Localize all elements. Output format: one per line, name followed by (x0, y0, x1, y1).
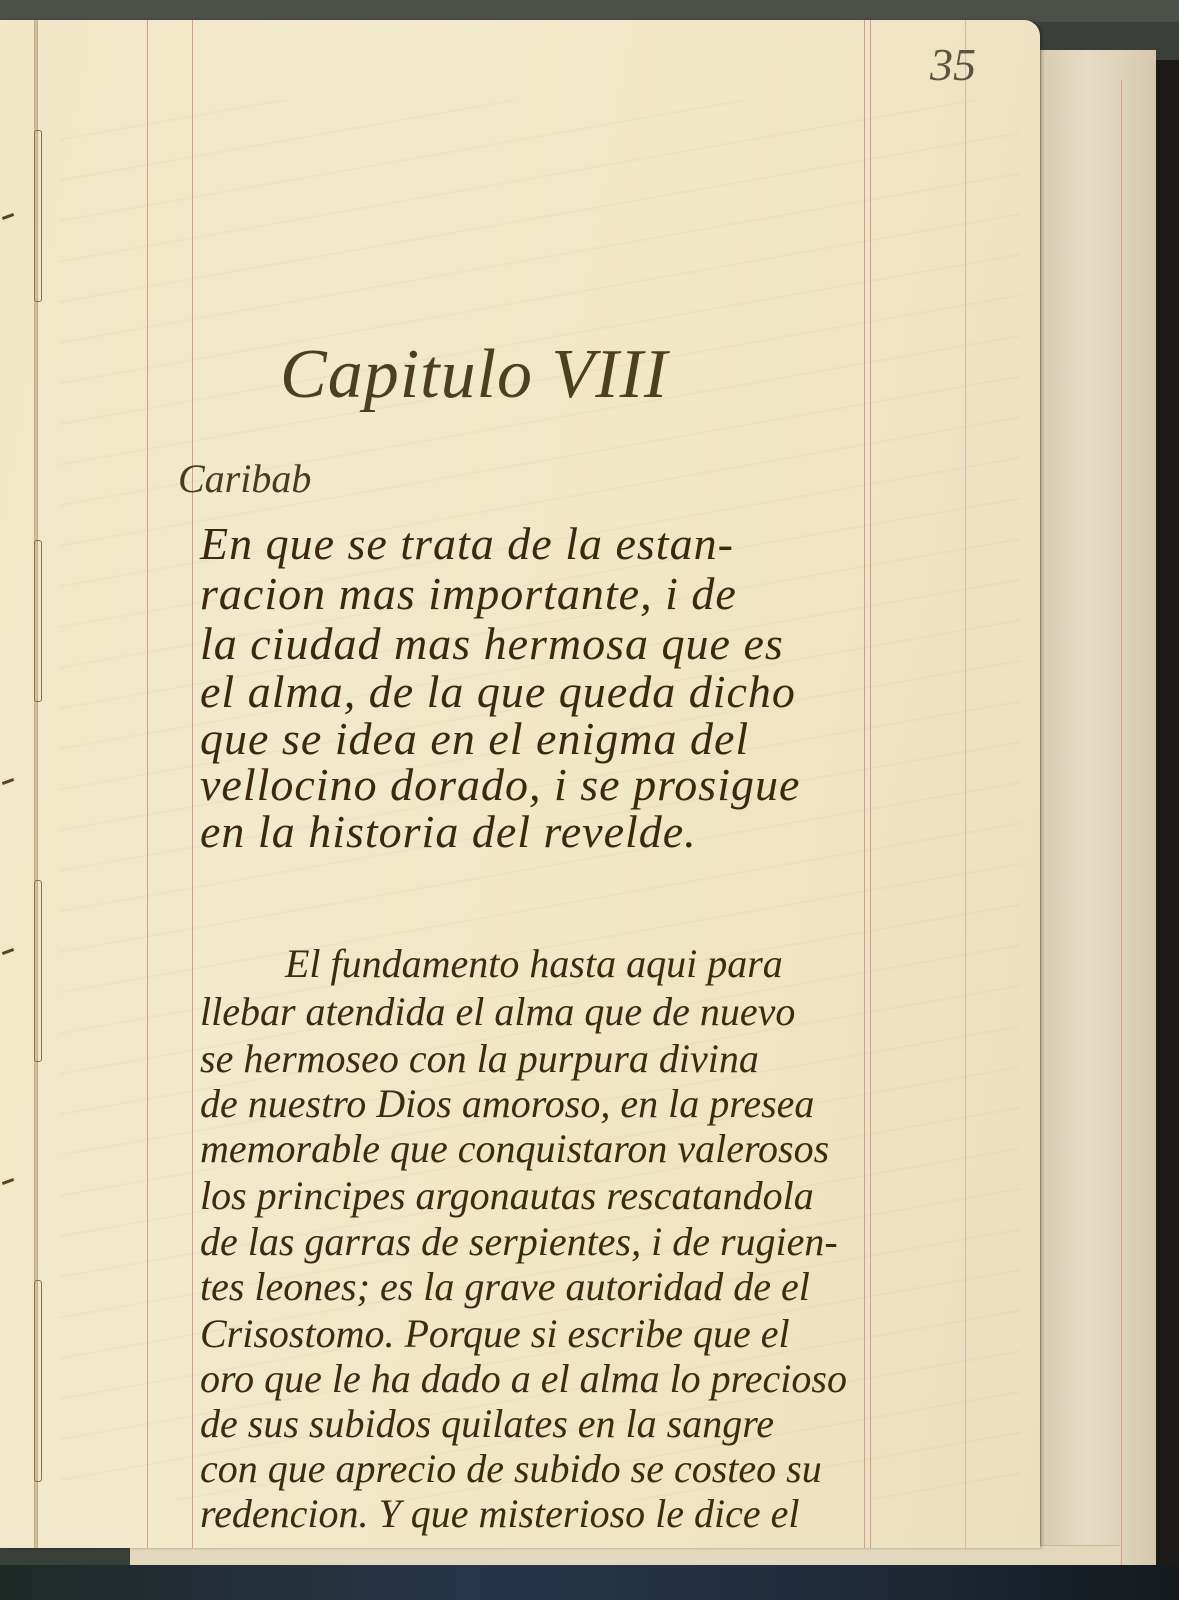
summary-line: En que se trata de la estan- (200, 517, 734, 570)
summary-line: racion mas importante, i de (200, 567, 737, 620)
binding-thread (34, 540, 42, 702)
background-top (0, 0, 1179, 22)
margin-rule-left-outer (147, 20, 148, 1548)
body-line: El fundamento hasta aqui para (285, 940, 783, 987)
stack-rule-line (1121, 80, 1122, 1600)
facing-page-ink-mark (2, 948, 14, 955)
summary-line: en la historia del revelde. (200, 805, 697, 858)
manuscript-page: 35 Capitulo VIII Caribab En que se trata… (0, 20, 1040, 1548)
body-line: con que aprecio de subido se costeo su (200, 1445, 822, 1492)
margin-note: Caribab (178, 455, 311, 502)
margin-rule-right-outer (965, 20, 966, 1548)
margin-rule-right-b (870, 20, 871, 1548)
body-line: Crisostomo. Porque si escribe que el (200, 1310, 790, 1357)
page-number: 35 (930, 38, 976, 91)
facing-page-ink-mark (2, 778, 14, 785)
facing-page-ink-mark (2, 213, 14, 220)
margin-rule-left-inner (192, 20, 193, 1548)
body-line: tes leones; es la grave autoridad de el (200, 1263, 810, 1310)
body-line: de nuestro Dios amoroso, en la presea (200, 1080, 814, 1127)
manuscript-photo: 35 Capitulo VIII Caribab En que se trata… (0, 0, 1179, 1600)
binding-thread (34, 1280, 42, 1482)
margin-rule-right-a (864, 20, 865, 1548)
facing-page-edge (0, 20, 34, 1548)
body-line: memorable que conquistaron valerosos (200, 1125, 829, 1172)
book-binding-bottom (0, 1565, 1179, 1600)
summary-line: vellocino dorado, i se prosigue (200, 758, 800, 811)
body-line: los principes argonautas rescatandola (200, 1172, 814, 1219)
underlying-pages-stack (1040, 50, 1156, 1570)
body-line: de las garras de serpientes, i de rugien… (200, 1218, 838, 1265)
summary-line: la ciudad mas hermosa que es (200, 617, 784, 670)
body-line: oro que le ha dado a el alma lo precioso (200, 1355, 847, 1402)
body-line: de sus subidos quilates en la sangre (200, 1400, 774, 1447)
chapter-title: Capitulo VIII (280, 335, 668, 415)
body-line: llebar atendida el alma que de nuevo (200, 988, 795, 1035)
summary-line: el alma, de la que queda dicho (200, 665, 796, 718)
body-line: se hermoseo con la purpura divina (200, 1035, 759, 1082)
facing-page-ink-mark (2, 1178, 14, 1185)
body-line: redencion. Y que misterioso le dice el (200, 1490, 800, 1537)
binding-thread (34, 130, 42, 302)
binding-thread (34, 880, 42, 1062)
